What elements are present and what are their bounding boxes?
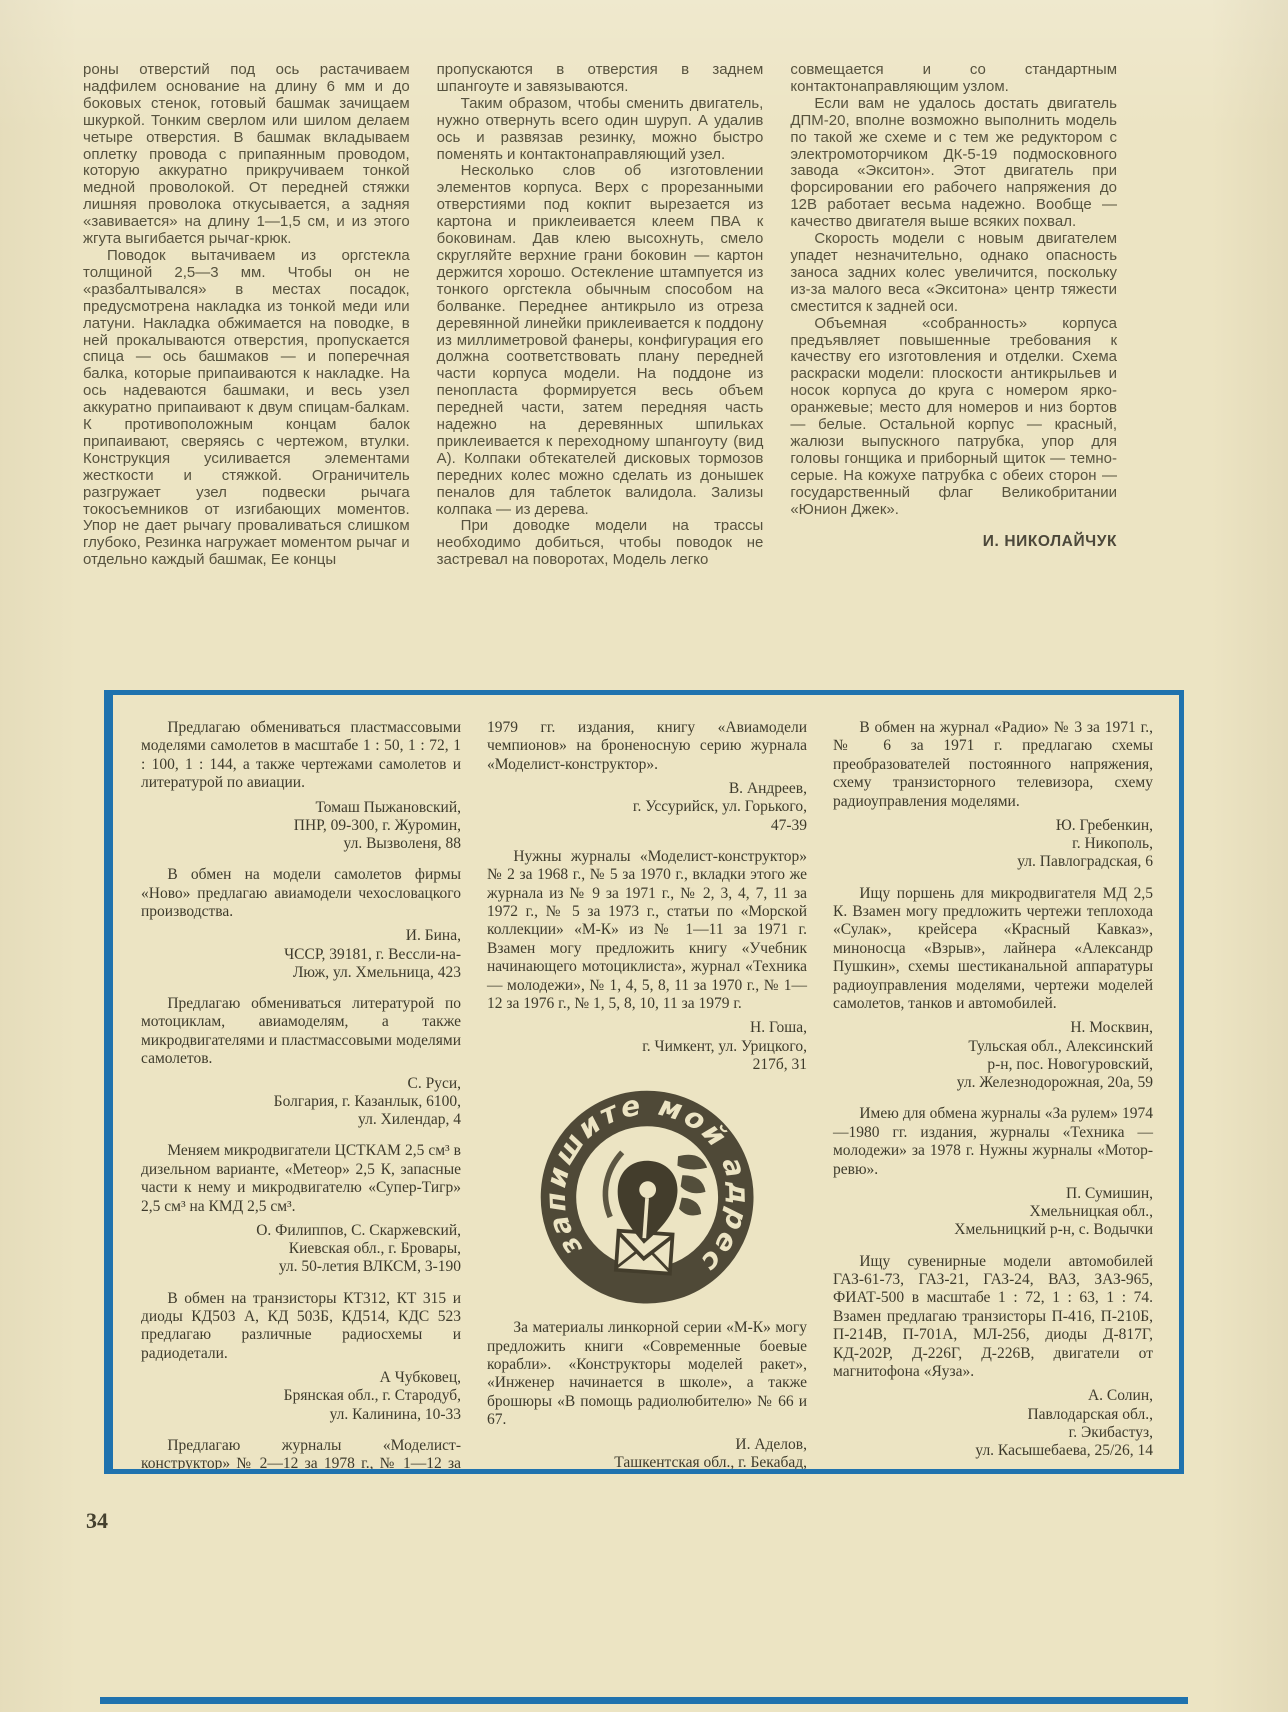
ad-signature: В. Андреев,г. Уссурийск, ул. Горького,47… xyxy=(487,780,807,835)
bottom-rule xyxy=(100,1697,1188,1704)
article-paragraph: совмещается и со стандартным контактонап… xyxy=(790,62,1117,96)
ad-signature-line: ул. Железнодорожная, 20а, 59 xyxy=(833,1074,1153,1092)
article-paragraph: Объемная «собранность» корпуса предъявля… xyxy=(790,316,1117,519)
ad-signature-line: О. Филиппов, С. Скаржевский, xyxy=(141,1222,461,1240)
article-paragraph: Скорость модели с новым двигателем упаде… xyxy=(790,231,1117,316)
article-paragraph: Если вам не удалось достать двигатель ДП… xyxy=(790,96,1117,231)
ad-signature-line: р-н, пос. Новогуровский, xyxy=(833,1056,1153,1074)
article-paragraph: Несколько слов об изготовлении элементов… xyxy=(437,163,764,518)
ad-signature: А. Солин,Павлодарская обл.,г. Экибастуз,… xyxy=(833,1387,1153,1460)
ad-signature: И. Бина,ЧССР, 39181, г. Вессли-на-Люж, у… xyxy=(141,927,461,982)
ad-signature-line: ул. Хилендар, 4 xyxy=(141,1111,461,1129)
ad-signature-line: А Чубковец, xyxy=(141,1369,461,1387)
article-column-1: роны отверстий под ось растачиваем надфи… xyxy=(83,62,410,569)
ad-signature-line: г. Никополь, xyxy=(833,835,1153,853)
ads-columns: Предлагаю обмениваться пластмассовыми мо… xyxy=(141,719,1153,1453)
ad-text: Предлагаю журналы «Моделист-конструктор»… xyxy=(141,1437,461,1474)
ad-signature-line: г. Чимкент, ул. Урицкого, xyxy=(487,1038,807,1056)
article-column-3: совмещается и со стандартным контактонап… xyxy=(790,62,1117,569)
article-paragraph: пропускаются в отверстия в заднем шпанго… xyxy=(437,62,764,96)
ad-text: За материалы линкорной серии «М-К» могу … xyxy=(487,1319,807,1429)
article-paragraph: роны отверстий под ось растачиваем надфи… xyxy=(83,62,410,248)
ads-column-1: Предлагаю обмениваться пластмассовыми мо… xyxy=(141,719,461,1453)
ad-signature: Н. Москвин,Тульская обл., Алексинскийр-н… xyxy=(833,1019,1153,1092)
ad-signature-line: Люж, ул. Хмельница, 423 xyxy=(141,964,461,982)
ad-signature: А Чубковец,Брянская обл., г. Стародуб,ул… xyxy=(141,1369,461,1424)
article-paragraph: При доводке модели на трассы необходимо … xyxy=(437,518,764,569)
ad-signature-line: ул. Калинина, 10-33 xyxy=(141,1406,461,1424)
ad-signature-line: Павлодарская обл., xyxy=(833,1406,1153,1424)
article: роны отверстий под ось растачиваем надфи… xyxy=(83,62,1117,569)
ad-text: Предлагаю обмениваться литературой по мо… xyxy=(141,995,461,1069)
ad-signature-line: Брянская обл., г. Стародуб, xyxy=(141,1387,461,1405)
ad-text: Нужны журналы «Моделист-конструктор» № 2… xyxy=(487,848,807,1014)
ads-column-2: 1979 гг. издания, книгу «Авиамодели чемп… xyxy=(487,719,807,1453)
ad-signature: Томаш Пыжановский,ПНР, 09-300, г. Журоми… xyxy=(141,799,461,854)
ad-signature-line: ПНР, 09-300, г. Журомин, xyxy=(141,817,461,835)
ad-signature-line: П. Сумишин, xyxy=(833,1185,1153,1203)
ad-signature-line: Киевская обл., г. Бровары, xyxy=(141,1240,461,1258)
ad-signature-line: ул. Павлоградская, 6 xyxy=(833,853,1153,871)
article-paragraph: Поводок вытачиваем из оргстекла толщиной… xyxy=(83,248,410,569)
ad-signature-line: С. Руси, xyxy=(141,1075,461,1093)
ad-signature-line: г. Уссурийск, ул. Горького, xyxy=(487,798,807,816)
address-stamp: запишите мой адрес. xyxy=(535,1087,759,1311)
ad-text: В обмен на транзисторы КТ312, КТ 315 и д… xyxy=(141,1290,461,1364)
ad-signature-line: г. Экибастуз, xyxy=(833,1424,1153,1442)
ad-signature-line: Н. Гоша, xyxy=(487,1019,807,1037)
ad-signature-line: Хмельницкий р-н, с. Водычки xyxy=(833,1221,1153,1239)
ad-signature-line: ул. 50-летия ВЛКСМ, 3-190 xyxy=(141,1258,461,1276)
ad-text: Ищу поршень для микродвигателя МД 2,5 К.… xyxy=(833,885,1153,1014)
ad-signature-line: Ташкентская обл., г. Бекабад, xyxy=(487,1454,807,1472)
ad-signature-line: А. Солин, xyxy=(833,1387,1153,1405)
ad-signature-line: Тульская обл., Алексинский xyxy=(833,1038,1153,1056)
ad-signature-line: 217б, 31 xyxy=(487,1056,807,1074)
article-column-2: пропускаются в отверстия в заднем шпанго… xyxy=(437,62,764,569)
article-paragraph: Таким образом, чтобы сменить двигатель, … xyxy=(437,96,764,164)
ad-signature-line: Н. Москвин, xyxy=(833,1019,1153,1037)
ad-signature-line: ул. Касышебаева, 25/26, 14 xyxy=(833,1442,1153,1460)
ad-text: 1979 гг. издания, книгу «Авиамодели чемп… xyxy=(487,719,807,774)
article-byline: И. НИКОЛАЙЧУК xyxy=(790,534,1117,551)
ad-text: Меняем микродвигатели ЦСТКАМ 2,5 см³ в д… xyxy=(141,1142,461,1216)
ad-text: Имею для обмена журналы «За рулем» 1974—… xyxy=(833,1105,1153,1179)
ad-signature-line: И. Бина, xyxy=(141,927,461,945)
ad-signature-line: 47-39 xyxy=(487,817,807,835)
ad-signature: О. Филиппов, С. Скаржевский,Киевская обл… xyxy=(141,1222,461,1277)
ad-text: Ищу сувенирные модели автомобилей ГАЗ-61… xyxy=(833,1253,1153,1382)
page-number: 34 xyxy=(86,1508,108,1534)
ad-signature-line: В. Андреев, xyxy=(487,780,807,798)
ads-column-3: В обмен на журнал «Радио» № 3 за 1971 г.… xyxy=(833,719,1153,1453)
ad-signature-line: Томаш Пыжановский, xyxy=(141,799,461,817)
ad-signature-line: ЧССР, 39181, г. Вессли-на- xyxy=(141,946,461,964)
ads-box: Предлагаю обмениваться пластмассовыми мо… xyxy=(104,690,1184,1474)
ad-signature: П. Сумишин,Хмельницкая обл.,Хмельницкий … xyxy=(833,1185,1153,1240)
ad-signature-line: Ю. Гребенкин, xyxy=(833,817,1153,835)
ad-text: В обмен на модели самолетов фирмы «Ново»… xyxy=(141,866,461,921)
ad-signature: Н. Гоша,г. Чимкент, ул. Урицкого,217б, 3… xyxy=(487,1019,807,1074)
ad-text: Предлагаю обмениваться пластмассовыми мо… xyxy=(141,719,461,793)
ad-signature: И. Аделов,Ташкентская обл., г. Бекабад,8… xyxy=(487,1436,807,1474)
ad-text: В обмен на журнал «Радио» № 3 за 1971 г.… xyxy=(833,719,1153,811)
stamp-graphic: запишите мой адрес. xyxy=(535,1087,759,1311)
ad-signature-line: Болгария, г. Казанлык, 6100, xyxy=(141,1093,461,1111)
magazine-page: { "page": { "number": "34", "paper_color… xyxy=(0,0,1288,1712)
ad-signature-line: И. Аделов, xyxy=(487,1436,807,1454)
ad-signature-line: 81-й квартал, 110-1 xyxy=(487,1472,807,1474)
ad-signature: Ю. Гребенкин,г. Никополь,ул. Павлоградск… xyxy=(833,817,1153,872)
ad-signature-line: ул. Вызволеня, 88 xyxy=(141,835,461,853)
ad-signature: С. Руси,Болгария, г. Казанлык, 6100,ул. … xyxy=(141,1075,461,1130)
ad-signature-line: Хмельницкая обл., xyxy=(833,1203,1153,1221)
